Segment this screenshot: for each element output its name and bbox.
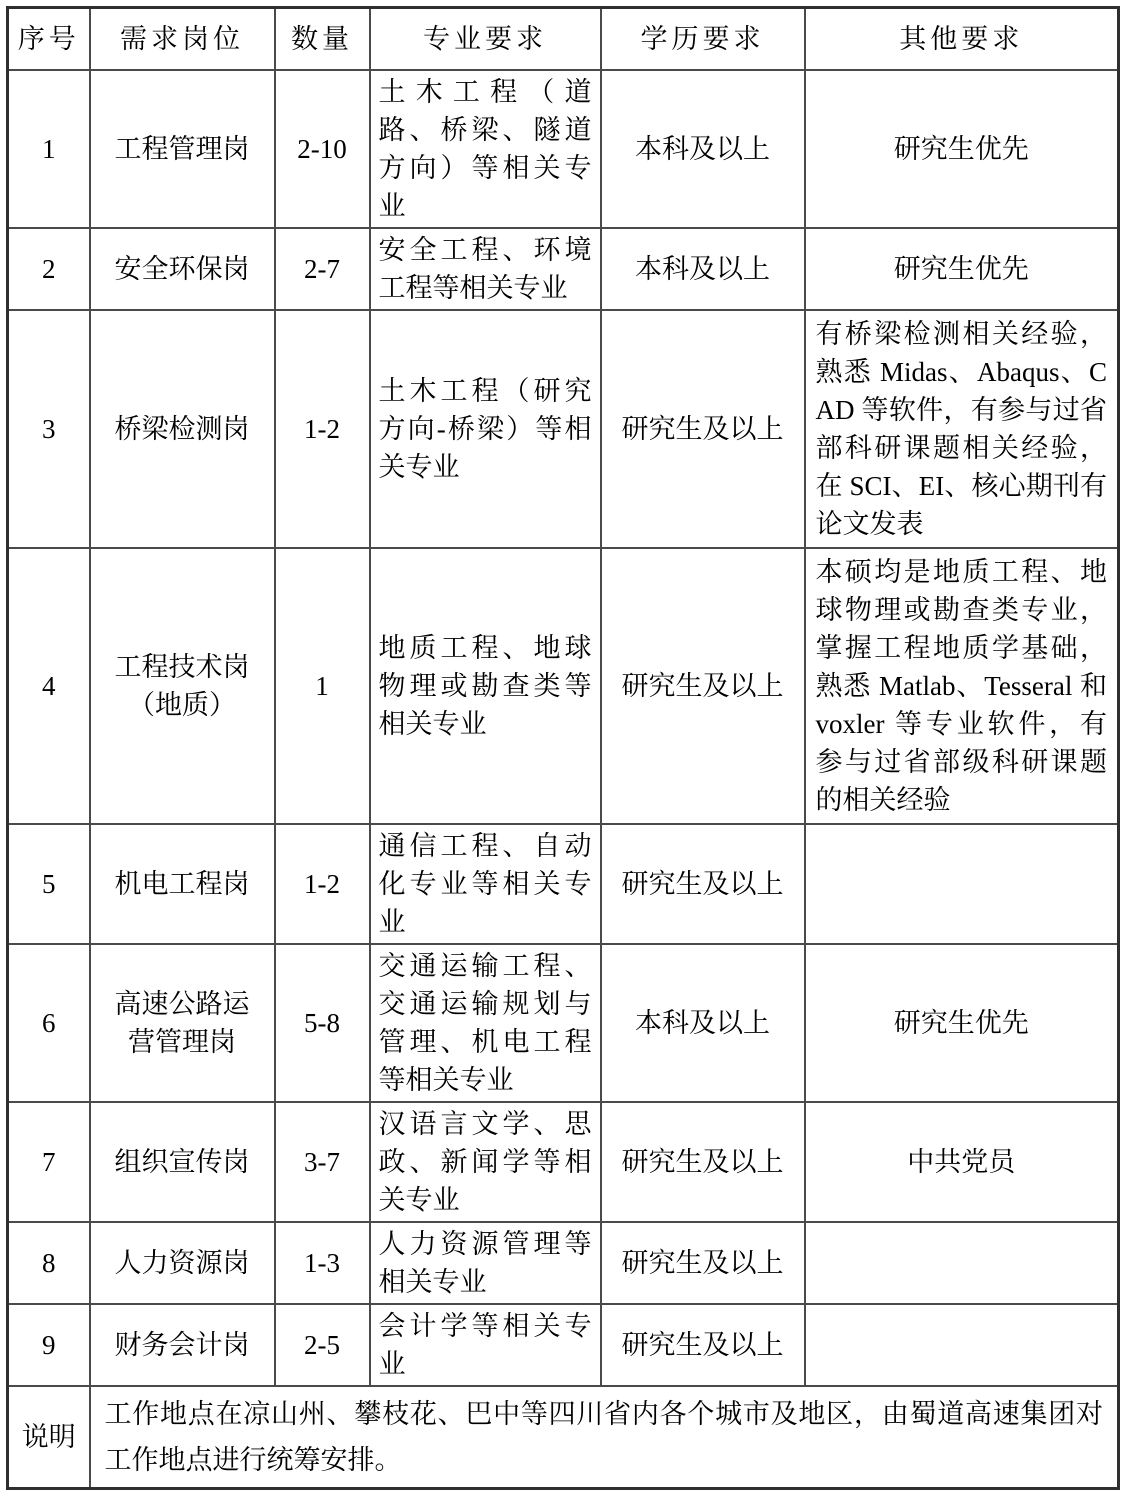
cell-no: 4 xyxy=(8,548,90,824)
cell-education: 研究生及以上 xyxy=(601,1102,805,1222)
table-row: 6高速公路运 营管理岗5-8交通运输工程、交通运输规划与管理、机电工程等相关专业… xyxy=(8,944,1119,1102)
cell-no: 2 xyxy=(8,228,90,310)
cell-no: 8 xyxy=(8,1222,90,1304)
cell-major: 交通运输工程、交通运输规划与管理、机电工程等相关专业 xyxy=(370,944,601,1102)
cell-quantity: 1-2 xyxy=(275,824,370,944)
cell-other: 中共党员 xyxy=(805,1102,1119,1222)
cell-quantity: 1-2 xyxy=(275,310,370,548)
cell-no: 9 xyxy=(8,1304,90,1386)
cell-education: 本科及以上 xyxy=(601,944,805,1102)
cell-position: 高速公路运 营管理岗 xyxy=(90,944,275,1102)
cell-quantity: 1 xyxy=(275,548,370,824)
cell-major: 地质工程、地球物理或勘查类等相关专业 xyxy=(370,548,601,824)
header-cell: 专业要求 xyxy=(370,8,601,70)
header-cell: 学历要求 xyxy=(601,8,805,70)
table-row: 9财务会计岗2-5会计学等相关专业研究生及以上 xyxy=(8,1304,1119,1386)
cell-no: 1 xyxy=(8,70,90,228)
table-row: 4工程技术岗 （地质）1地质工程、地球物理或勘查类等相关专业研究生及以上本硕均是… xyxy=(8,548,1119,824)
cell-no: 6 xyxy=(8,944,90,1102)
cell-no: 3 xyxy=(8,310,90,548)
cell-major: 土木工程（研究方向-桥梁）等相关专业 xyxy=(370,310,601,548)
table-row: 3桥梁检测岗1-2土木工程（研究方向-桥梁）等相关专业研究生及以上有桥梁检测相关… xyxy=(8,310,1119,548)
cell-position: 人力资源岗 xyxy=(90,1222,275,1304)
table-row: 8人力资源岗1-3人力资源管理等相关专业研究生及以上 xyxy=(8,1222,1119,1304)
table-row: 7组织宣传岗3-7汉语言文学、思政、新闻学等相关专业研究生及以上中共党员 xyxy=(8,1102,1119,1222)
table-row: 1工程管理岗2-10土木工程（道路、桥梁、隧道方向）等相关专业本科及以上研究生优… xyxy=(8,70,1119,228)
cell-major: 会计学等相关专业 xyxy=(370,1304,601,1386)
cell-major: 汉语言文学、思政、新闻学等相关专业 xyxy=(370,1102,601,1222)
cell-other: 有桥梁检测相关经验，熟悉 Midas、Abaqus、CAD 等软件，有参与过省部… xyxy=(805,310,1119,548)
cell-other: 研究生优先 xyxy=(805,70,1119,228)
table-row: 2安全环保岗2-7安全工程、环境工程等相关专业本科及以上研究生优先 xyxy=(8,228,1119,310)
note-row: 说明 工作地点在凉山州、攀枝花、巴中等四川省内各个城市及地区，由蜀道高速集团对工… xyxy=(8,1386,1119,1489)
cell-education: 研究生及以上 xyxy=(601,1222,805,1304)
cell-position: 机电工程岗 xyxy=(90,824,275,944)
recruitment-table: 序号需求岗位数量专业要求学历要求其他要求 1工程管理岗2-10土木工程（道路、桥… xyxy=(6,6,1120,1490)
cell-major: 人力资源管理等相关专业 xyxy=(370,1222,601,1304)
cell-quantity: 2-10 xyxy=(275,70,370,228)
document-page: 序号需求岗位数量专业要求学历要求其他要求 1工程管理岗2-10土木工程（道路、桥… xyxy=(0,0,1130,1386)
cell-major: 通信工程、自动化专业等相关专业 xyxy=(370,824,601,944)
table-row: 5机电工程岗1-2通信工程、自动化专业等相关专业研究生及以上 xyxy=(8,824,1119,944)
header-cell: 序号 xyxy=(8,8,90,70)
cell-quantity: 2-7 xyxy=(275,228,370,310)
cell-position: 桥梁检测岗 xyxy=(90,310,275,548)
cell-position: 财务会计岗 xyxy=(90,1304,275,1386)
cell-quantity: 3-7 xyxy=(275,1102,370,1222)
cell-education: 研究生及以上 xyxy=(601,548,805,824)
cell-position: 工程技术岗 （地质） xyxy=(90,548,275,824)
cell-major: 土木工程（道路、桥梁、隧道方向）等相关专业 xyxy=(370,70,601,228)
cell-other: 研究生优先 xyxy=(805,944,1119,1102)
header-cell: 其他要求 xyxy=(805,8,1119,70)
cell-no: 7 xyxy=(8,1102,90,1222)
cell-education: 研究生及以上 xyxy=(601,310,805,548)
note-text: 工作地点在凉山州、攀枝花、巴中等四川省内各个城市及地区，由蜀道高速集团对工作地点… xyxy=(90,1386,1119,1489)
header-cell: 数量 xyxy=(275,8,370,70)
cell-education: 研究生及以上 xyxy=(601,1304,805,1386)
cell-quantity: 5-8 xyxy=(275,944,370,1102)
cell-education: 研究生及以上 xyxy=(601,824,805,944)
header-row: 序号需求岗位数量专业要求学历要求其他要求 xyxy=(8,8,1119,70)
cell-no: 5 xyxy=(8,824,90,944)
cell-other: 研究生优先 xyxy=(805,228,1119,310)
cell-other: 本硕均是地质工程、地球物理或勘查类专业，掌握工程地质学基础，熟悉 Matlab、… xyxy=(805,548,1119,824)
cell-major: 安全工程、环境工程等相关专业 xyxy=(370,228,601,310)
cell-other xyxy=(805,1222,1119,1304)
cell-position: 安全环保岗 xyxy=(90,228,275,310)
cell-other xyxy=(805,1304,1119,1386)
cell-education: 本科及以上 xyxy=(601,228,805,310)
header-cell: 需求岗位 xyxy=(90,8,275,70)
cell-education: 本科及以上 xyxy=(601,70,805,228)
cell-position: 工程管理岗 xyxy=(90,70,275,228)
note-label: 说明 xyxy=(8,1386,90,1489)
cell-other xyxy=(805,824,1119,944)
cell-quantity: 1-3 xyxy=(275,1222,370,1304)
cell-quantity: 2-5 xyxy=(275,1304,370,1386)
cell-position: 组织宣传岗 xyxy=(90,1102,275,1222)
